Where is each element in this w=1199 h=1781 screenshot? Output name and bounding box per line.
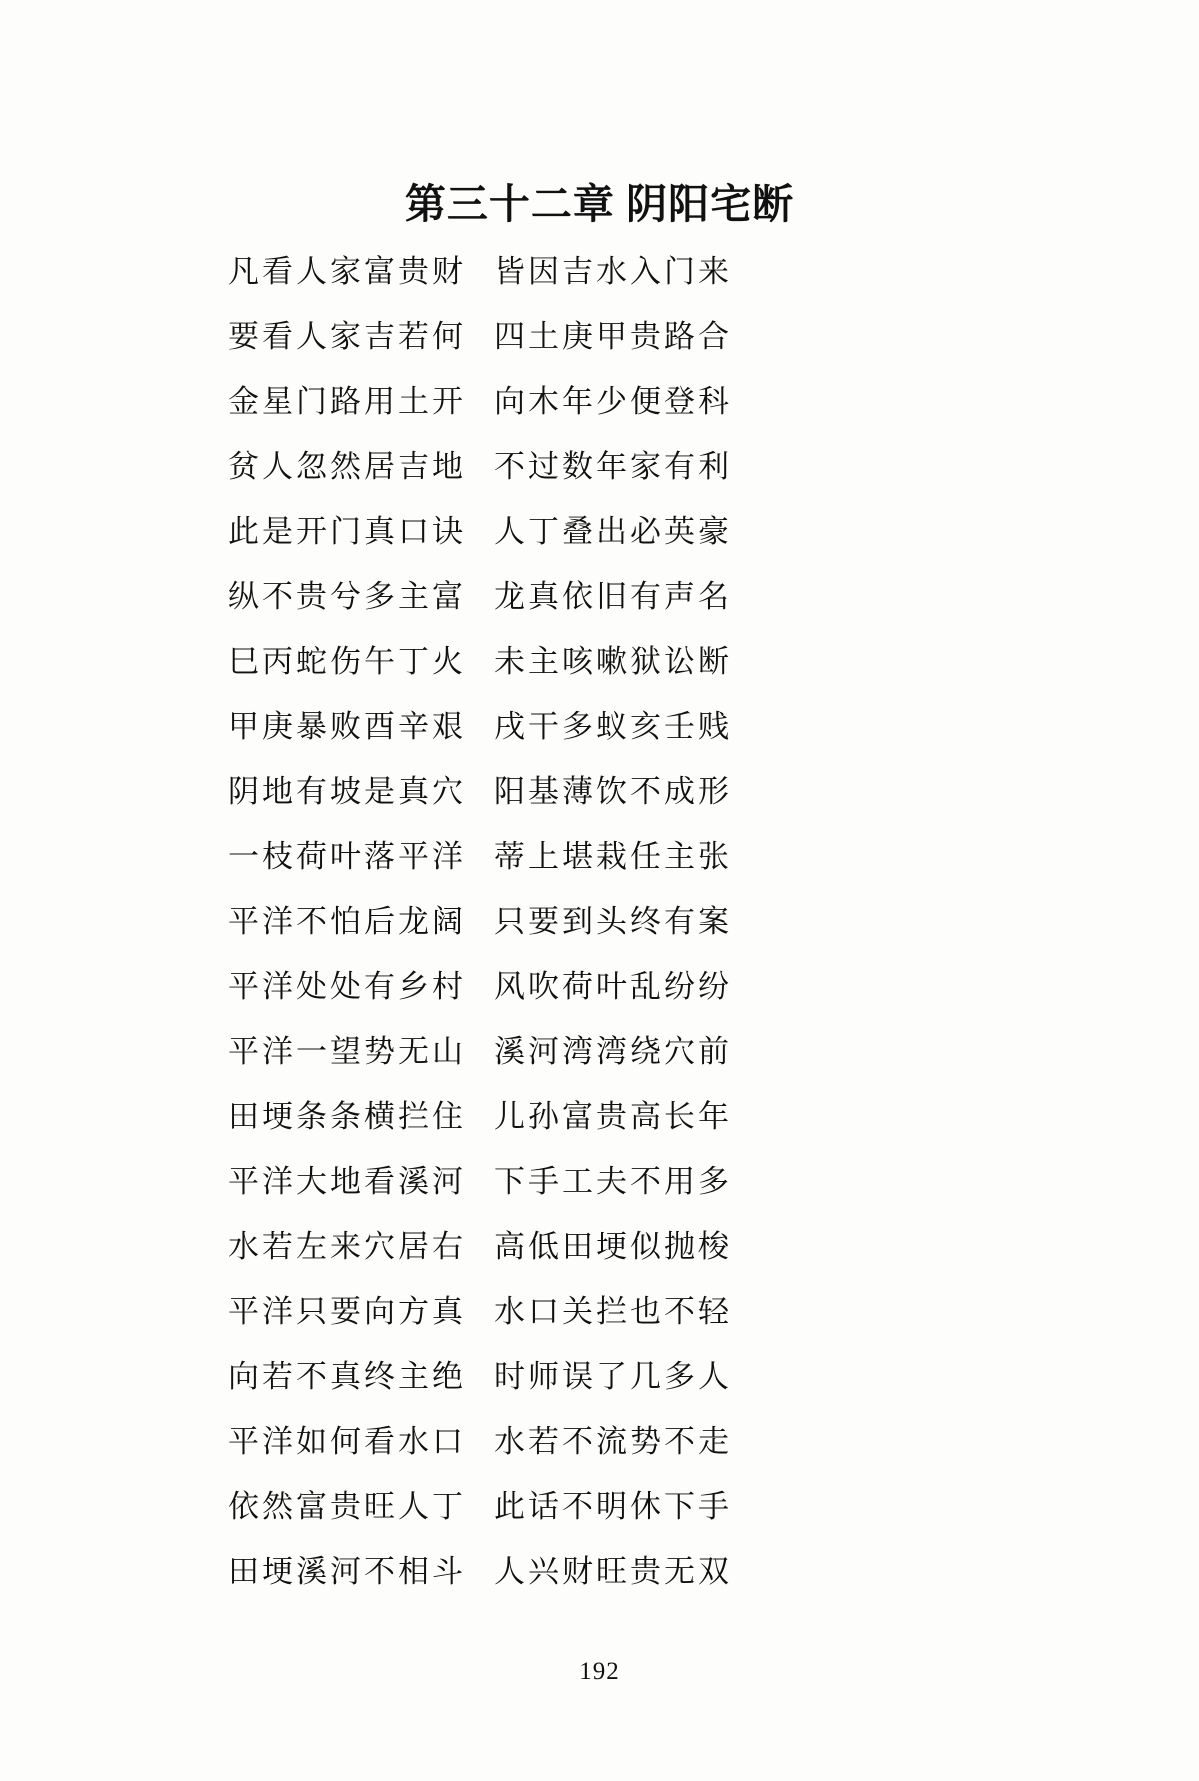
verse-row: 凡看人家富贵财 皆因吉水入门来 (228, 236, 1199, 301)
verse-row: 巳丙蛇伤午丁火 未主咳嗽狱讼断 (228, 626, 1199, 691)
verse-row: 贫人忽然居吉地 不过数年家有利 (228, 431, 1199, 496)
verse-right: 阳基薄饮不成形 (494, 766, 732, 811)
verse-row: 依然富贵旺人丁 此话不明休下手 (228, 1471, 1199, 1536)
book-page: 第三十二章 阴阳宅断 凡看人家富贵财 皆因吉水入门来 要看人家吉若何 四土庚甲贵… (0, 0, 1199, 1781)
verse-row: 水若左来穴居右 高低田埂似抛梭 (228, 1211, 1199, 1276)
verse-left: 水若左来穴居右 (228, 1221, 466, 1266)
verse-row: 平洋一望势无山 溪河湾湾绕穴前 (228, 1016, 1199, 1081)
verse-left: 此是开门真口诀 (228, 506, 466, 551)
verse-left: 田埂溪河不相斗 (228, 1546, 466, 1591)
verse-right: 人兴财旺贵无双 (494, 1546, 732, 1591)
verse-right: 向木年少便登科 (494, 376, 732, 421)
verse-right: 此话不明休下手 (494, 1481, 732, 1526)
verse-left: 依然富贵旺人丁 (228, 1481, 466, 1526)
verse-left: 甲庚暴败酉辛艰 (228, 701, 466, 746)
verse-right: 只要到头终有案 (494, 896, 732, 941)
verse-left: 贫人忽然居吉地 (228, 441, 466, 486)
verse-left: 田埂条条横拦住 (228, 1091, 466, 1136)
verse-left: 平洋一望势无山 (228, 1026, 466, 1071)
verse-row: 此是开门真口诀 人丁叠出必英豪 (228, 496, 1199, 561)
verse-row: 阴地有坡是真穴 阳基薄饮不成形 (228, 756, 1199, 821)
verse-left: 平洋只要向方真 (228, 1286, 466, 1331)
verse-right: 不过数年家有利 (494, 441, 732, 486)
verse-left: 平洋不怕后龙阔 (228, 896, 466, 941)
verse-right: 四土庚甲贵路合 (494, 311, 732, 356)
verse-left: 凡看人家富贵财 (228, 246, 466, 291)
verse-row: 向若不真终主绝 时师误了几多人 (228, 1341, 1199, 1406)
verse-row: 要看人家吉若何 四土庚甲贵路合 (228, 301, 1199, 366)
verse-right: 时师误了几多人 (494, 1351, 732, 1396)
verse-right: 戌干多蚁亥壬贱 (494, 701, 732, 746)
verse-row: 纵不贵兮多主富 龙真依旧有声名 (228, 561, 1199, 626)
verse-right: 儿孙富贵高长年 (494, 1091, 732, 1136)
verse-left: 金星门路用土开 (228, 376, 466, 421)
verse-row: 田埂条条横拦住 儿孙富贵高长年 (228, 1081, 1199, 1146)
verse-row: 平洋处处有乡村 风吹荷叶乱纷纷 (228, 951, 1199, 1016)
verse-right: 皆因吉水入门来 (494, 246, 732, 291)
verse-block: 凡看人家富贵财 皆因吉水入门来 要看人家吉若何 四土庚甲贵路合 金星门路用土开 … (0, 236, 1199, 1601)
verse-right: 水若不流势不走 (494, 1416, 732, 1461)
verse-left: 平洋处处有乡村 (228, 961, 466, 1006)
verse-row: 金星门路用土开 向木年少便登科 (228, 366, 1199, 431)
verse-left: 巳丙蛇伤午丁火 (228, 636, 466, 681)
verse-row: 平洋只要向方真 水口关拦也不轻 (228, 1276, 1199, 1341)
verse-right: 下手工夫不用多 (494, 1156, 732, 1201)
verse-right: 龙真依旧有声名 (494, 571, 732, 616)
verse-left: 一枝荷叶落平洋 (228, 831, 466, 876)
verse-left: 纵不贵兮多主富 (228, 571, 466, 616)
verse-left: 要看人家吉若何 (228, 311, 466, 356)
verse-right: 人丁叠出必英豪 (494, 506, 732, 551)
chapter-title: 第三十二章 阴阳宅断 (0, 0, 1199, 230)
verse-right: 溪河湾湾绕穴前 (494, 1026, 732, 1071)
verse-right: 高低田埂似抛梭 (494, 1221, 732, 1266)
verse-right: 水口关拦也不轻 (494, 1286, 732, 1331)
verse-row: 田埂溪河不相斗 人兴财旺贵无双 (228, 1536, 1199, 1601)
verse-left: 平洋大地看溪河 (228, 1156, 466, 1201)
verse-row: 平洋大地看溪河 下手工夫不用多 (228, 1146, 1199, 1211)
verse-right: 风吹荷叶乱纷纷 (494, 961, 732, 1006)
verse-row: 平洋不怕后龙阔 只要到头终有案 (228, 886, 1199, 951)
verse-left: 向若不真终主绝 (228, 1351, 466, 1396)
verse-row: 甲庚暴败酉辛艰 戌干多蚁亥壬贱 (228, 691, 1199, 756)
verse-right: 蒂上堪栽任主张 (494, 831, 732, 876)
verse-left: 阴地有坡是真穴 (228, 766, 466, 811)
verse-right: 未主咳嗽狱讼断 (494, 636, 732, 681)
page-number: 192 (0, 1658, 1199, 1686)
verse-left: 平洋如何看水口 (228, 1416, 466, 1461)
verse-row: 一枝荷叶落平洋 蒂上堪栽任主张 (228, 821, 1199, 886)
verse-row: 平洋如何看水口 水若不流势不走 (228, 1406, 1199, 1471)
